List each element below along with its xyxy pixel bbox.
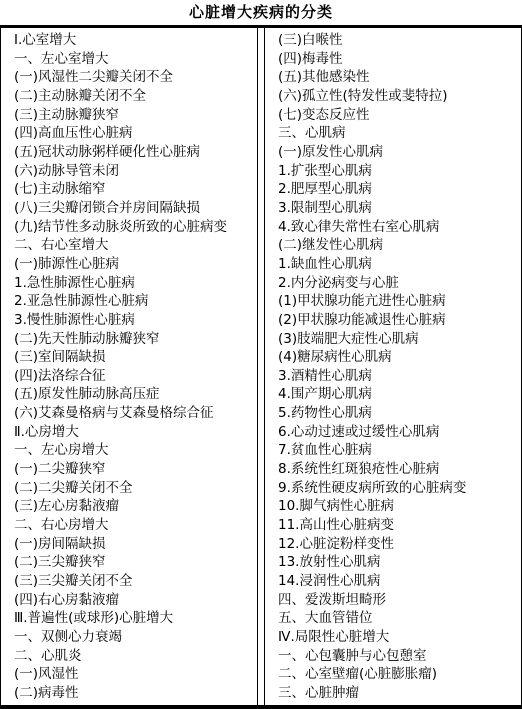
table-row: (二)二尖瓣关闭不全 [14, 479, 257, 498]
table-row: (1)甲状腺功能亢进性心脏病 [278, 292, 521, 311]
table-row: 二、右心房增大 [14, 516, 257, 535]
table-row: 2.肥厚型心肌病 [278, 180, 521, 199]
table-row: (六)孤立性(特发性或斐特拉) [278, 87, 521, 106]
table-row: 三、心脏肿瘤 [278, 684, 521, 703]
table-row: (七)主动脉缩窄 [14, 180, 257, 199]
table-row: 3.限制型心肌病 [278, 199, 521, 218]
table-row: (八)三尖瓣闭锁合并房间隔缺损 [14, 199, 257, 218]
table-row: 1.缺血性心肌病 [278, 255, 521, 274]
table-row: (二)继发性心肌病 [278, 236, 521, 255]
table-row: 2.亚急性肺源性心脏病 [14, 292, 257, 311]
table-row: 9.系统性硬皮病所致的心脏病变 [278, 479, 521, 498]
table-row: (三)三尖瓣关闭不全 [14, 572, 257, 591]
table-row: 6.心动过速或过缓性心肌病 [278, 423, 521, 442]
table-row: 一、左心室增大 [14, 50, 257, 69]
table-row: (九)结节性多动脉炎所致的心脏病变 [14, 218, 257, 237]
table-row: Ⅲ.普遍性(或球形)心脏增大 [14, 609, 257, 628]
table-row: (二)病毒性 [14, 684, 257, 703]
table-row: (三)主动脉瓣狭窄 [14, 106, 257, 125]
table-row: (二)三尖瓣狭窄 [14, 553, 257, 572]
table-row: (一)二尖瓣狭窄 [14, 460, 257, 479]
table-row: 5.药物性心肌病 [278, 404, 521, 423]
table-row: Ⅱ.心房增大 [14, 423, 257, 442]
table-row: 2.内分泌病变与心脏 [278, 274, 521, 293]
table-row: (一)风湿性二尖瓣关闭不全 [14, 68, 257, 87]
table-row: (七)变态反应性 [278, 106, 521, 125]
table-row: (三)室间隔缺损 [14, 348, 257, 367]
table-row: 四、爱泼斯坦畸形 [278, 591, 521, 610]
table-left-column: Ⅰ.心室增大一、左心室增大(一)风湿性二尖瓣关闭不全(二)主动脉瓣关闭不全(三)… [1, 28, 257, 705]
table-row: 4.围产期心肌病 [278, 385, 521, 404]
table-row: (二)先天性肺动脉瓣狭窄 [14, 330, 257, 349]
table-row: (三)左心房黏液瘤 [14, 497, 257, 516]
table-row: 三、心肌病 [278, 124, 521, 143]
table-row: 4.致心律失常性右室心肌病 [278, 218, 521, 237]
table-row: 二、右心室增大 [14, 236, 257, 255]
table-row: (一)原发性心肌病 [278, 143, 521, 162]
table-row: (一)肺源性心脏病 [14, 255, 257, 274]
table-row: 11.高山性心脏病变 [278, 516, 521, 535]
table-row: (五)原发性肺动脉高压症 [14, 385, 257, 404]
table-row: Ⅳ.局限性心脏增大 [278, 628, 521, 647]
table-row: (四)右心房黏液瘤 [14, 591, 257, 610]
table-row: (2)甲状腺功能减退性心脏病 [278, 311, 521, 330]
table-row: 7.贫血性心脏病 [278, 441, 521, 460]
table-row: 8.系统性红斑狼疮性心脏病 [278, 460, 521, 479]
table-right-column: (三)白喉性(四)梅毒性(五)其他感染性(六)孤立性(特发性或斐特拉)(七)变态… [265, 28, 521, 705]
table-row: (四)高血压性心脏病 [14, 124, 257, 143]
table-row: 10.脚气病性心脏病 [278, 497, 521, 516]
table-row: (六)艾森曼格病与艾森曼格综合征 [14, 404, 257, 423]
table-row: 二、心肌炎 [14, 647, 257, 666]
table-row: (六)动脉导管未闭 [14, 162, 257, 181]
table-row: 13.放射性心肌病 [278, 553, 521, 572]
table-row: (五)其他感染性 [278, 68, 521, 87]
table-row: (4)糖尿病性心肌病 [278, 348, 521, 367]
table-row: (3)肢端肥大症性心肌病 [278, 330, 521, 349]
table-row: 12.心脏淀粉样变性 [278, 535, 521, 554]
table-row: 1.扩张型心肌病 [278, 162, 521, 181]
table-row: (一)房间隔缺损 [14, 535, 257, 554]
table-row: 1.急性肺源性心脏病 [14, 274, 257, 293]
table-row: 3.酒精性心肌病 [278, 367, 521, 386]
table-row: (四)法洛综合征 [14, 367, 257, 386]
table-row: (三)白喉性 [278, 31, 521, 50]
classification-table: Ⅰ.心室增大一、左心室增大(一)风湿性二尖瓣关闭不全(二)主动脉瓣关闭不全(三)… [0, 25, 522, 709]
table-row: (一)风湿性 [14, 665, 257, 684]
table-row: 3.慢性肺源性心脏病 [14, 311, 257, 330]
table-row: (四)梅毒性 [278, 50, 521, 69]
table-row: 五、大血管错位 [278, 609, 521, 628]
table-row: 14.浸润性心肌病 [278, 572, 521, 591]
page-title: 心脏增大疾病的分类 [0, 0, 522, 25]
table-row: (二)主动脉瓣关闭不全 [14, 87, 257, 106]
table-row: 一、双侧心力衰竭 [14, 628, 257, 647]
table-row: Ⅰ.心室增大 [14, 31, 257, 50]
table-row: 一、左心房增大 [14, 441, 257, 460]
table-row: 一、心包囊肿与心包憩室 [278, 647, 521, 666]
table-row: 二、心室壁瘤(心脏膨胀瘤) [278, 665, 521, 684]
column-divider [257, 28, 265, 705]
table-row: (五)冠状动脉粥样硬化性心脏病 [14, 143, 257, 162]
